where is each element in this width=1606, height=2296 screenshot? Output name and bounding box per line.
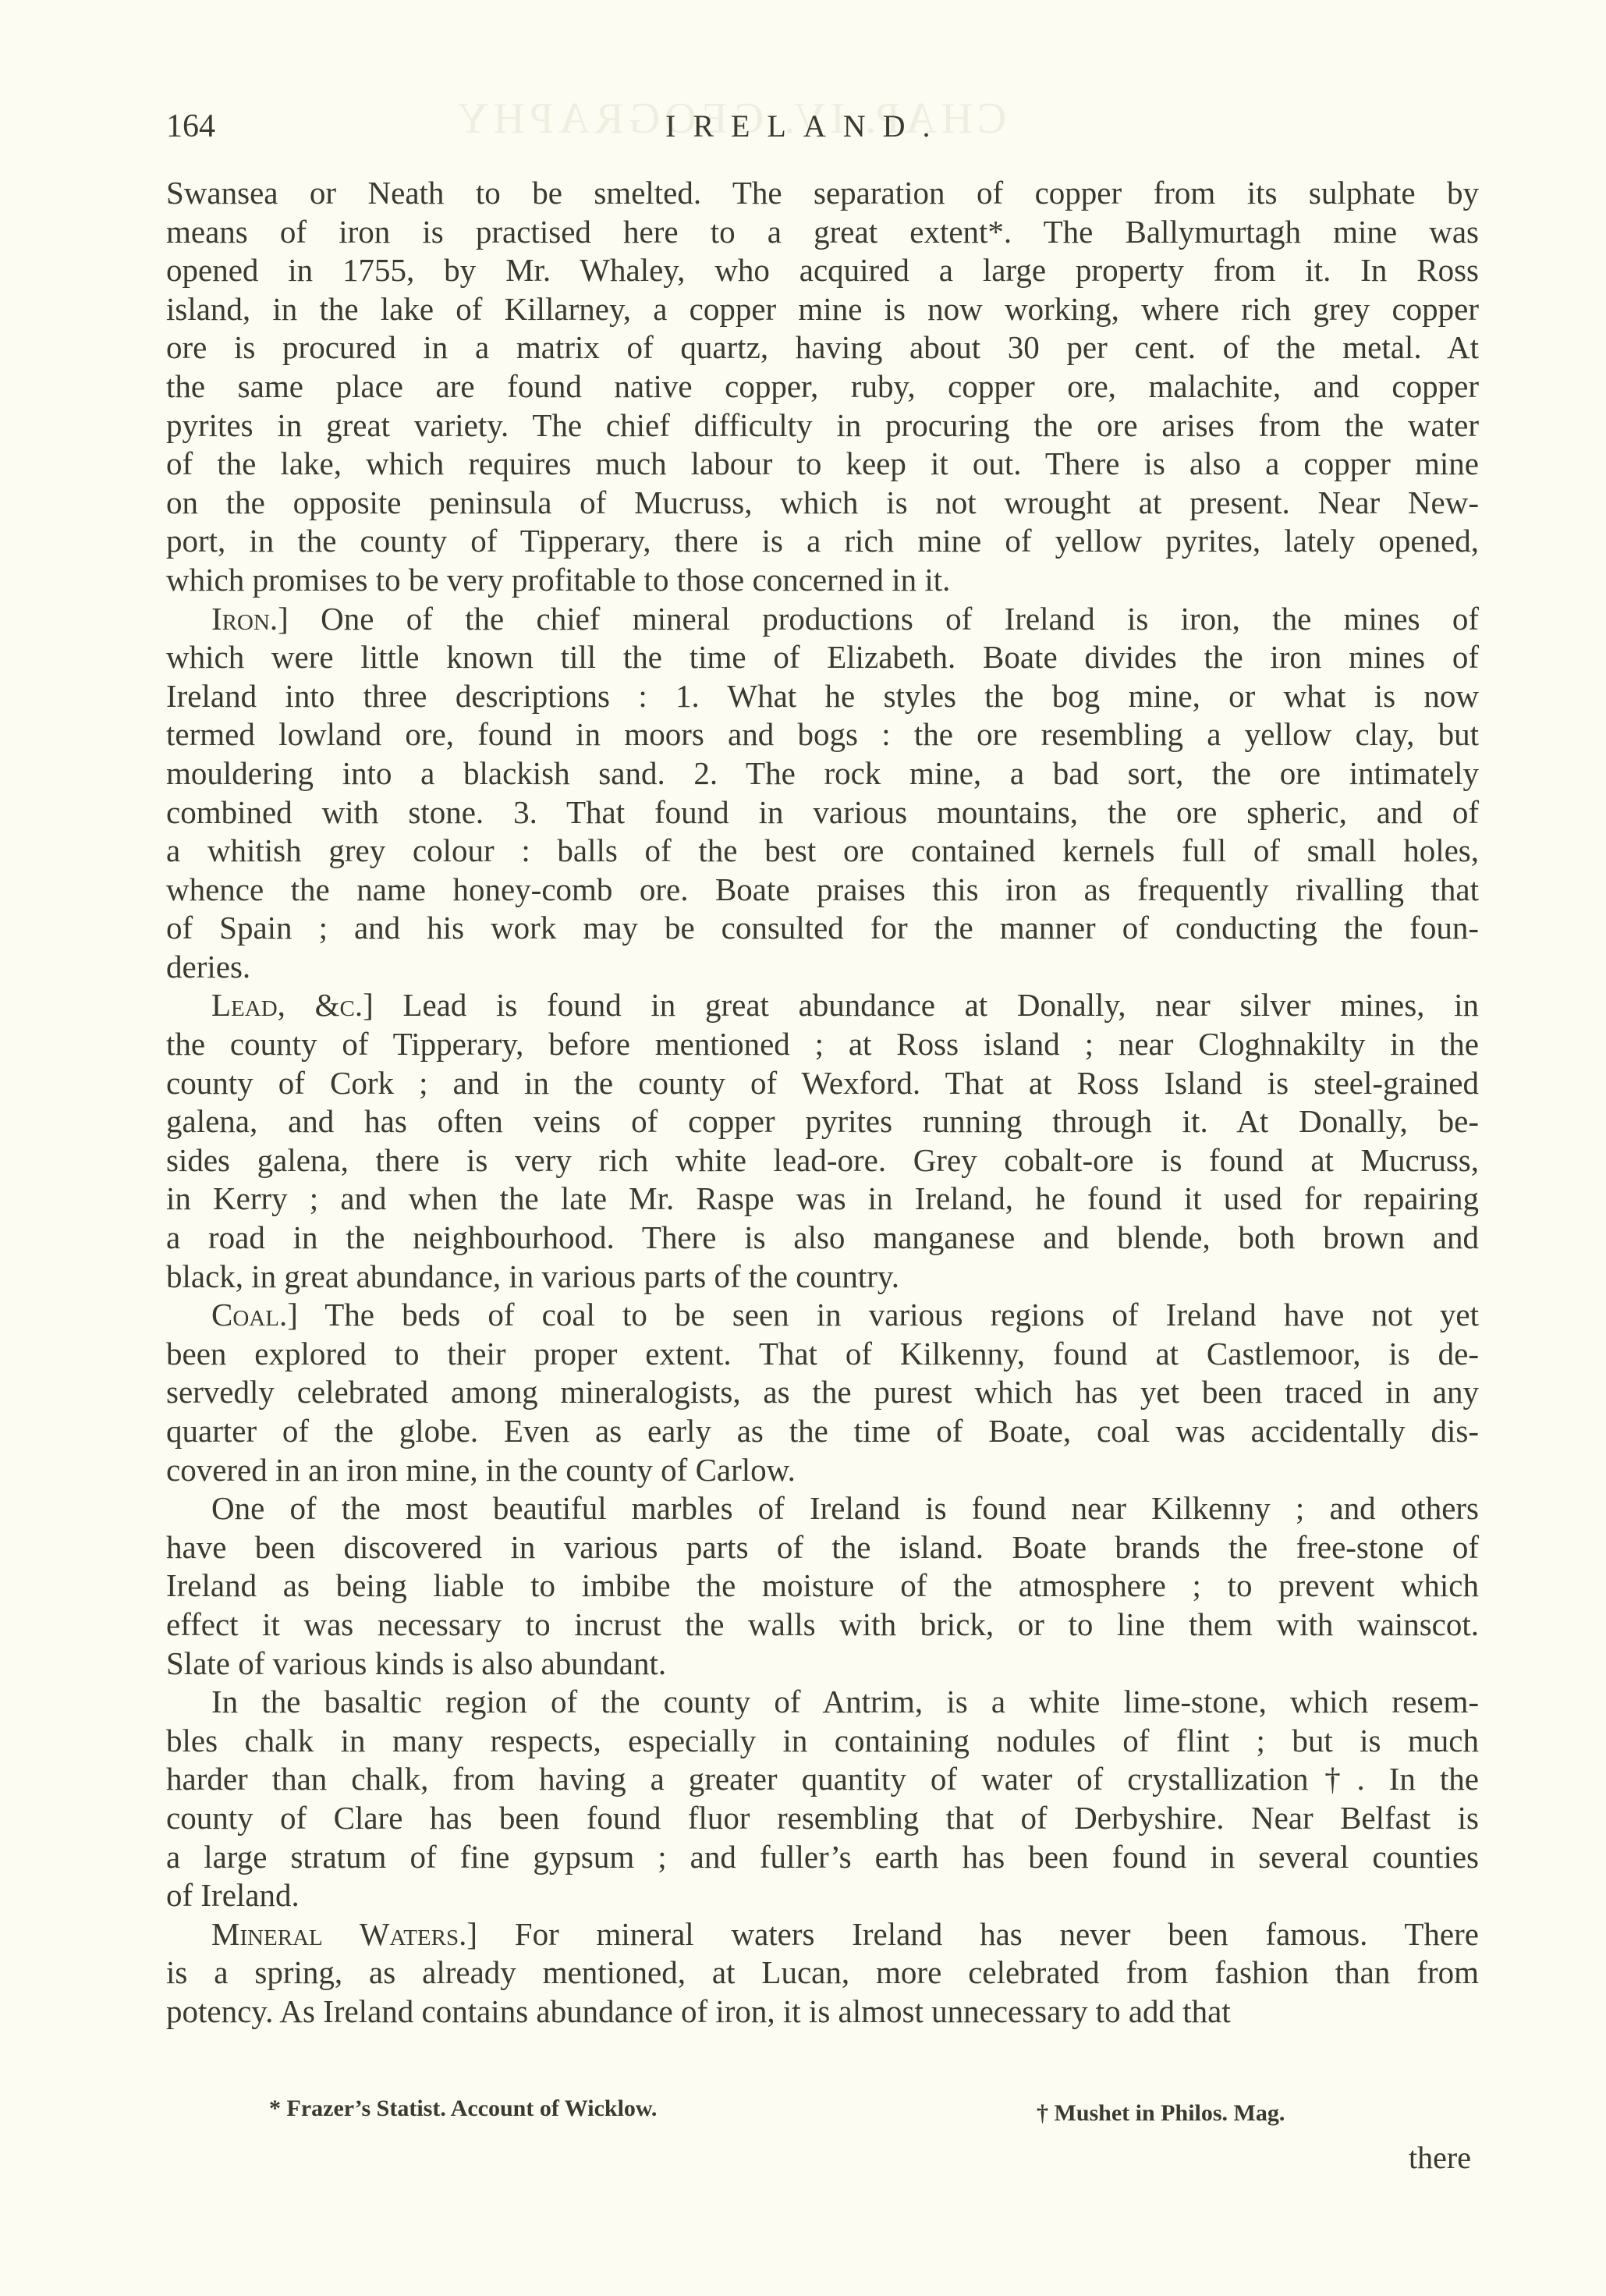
text-line: effect it was necessary to incrust the w… bbox=[166, 1606, 1479, 1645]
line-text: Swansea or Neath to be smelted. The sepa… bbox=[166, 175, 1479, 211]
catchword: there bbox=[1409, 2139, 1471, 2176]
line-text: the same place are found native copper, … bbox=[166, 368, 1479, 404]
line-text: county of Clare has been found fluor res… bbox=[166, 1800, 1479, 1836]
page-number: 164 bbox=[166, 108, 215, 145]
text-line: the same place are found native copper, … bbox=[166, 367, 1479, 406]
line-text: whence the name honey-comb ore. Boate pr… bbox=[166, 871, 1479, 907]
line-text: galena, and has often veins of copper py… bbox=[166, 1103, 1479, 1139]
text-line: whence the name honey-comb ore. Boate pr… bbox=[166, 871, 1479, 910]
line-text: port, in the county of Tipperary, there … bbox=[166, 523, 1479, 559]
line-text: have been discovered in various parts of… bbox=[166, 1529, 1479, 1565]
text-line: servedly celebrated among mineralogists,… bbox=[166, 1373, 1479, 1412]
text-line: Ireland as being liable to imbibe the mo… bbox=[166, 1567, 1479, 1606]
line-text: effect it was necessary to incrust the w… bbox=[166, 1606, 1479, 1642]
section-heading: Mineral Waters.] bbox=[211, 1916, 477, 1952]
line-text: For mineral waters Ireland has never bee… bbox=[477, 1916, 1479, 1952]
body-text: Swansea or Neath to be smelted. The sepa… bbox=[166, 174, 1479, 2032]
line-text: opened in 1755, by Mr. Whaley, who acqui… bbox=[166, 252, 1479, 288]
line-text: Lead is found in great abundance at Dona… bbox=[374, 987, 1479, 1023]
text-line: Swansea or Neath to be smelted. The sepa… bbox=[166, 174, 1479, 213]
text-line: In the basaltic region of the county of … bbox=[166, 1683, 1479, 1722]
line-text: island, in the lake of Killarney, a copp… bbox=[166, 291, 1479, 327]
text-line: termed lowland ore, found in moors and b… bbox=[166, 715, 1479, 754]
line-text: is a spring, as already mentioned, at Lu… bbox=[166, 1954, 1479, 1990]
line-text: sides galena, there is very rich white l… bbox=[166, 1142, 1479, 1178]
line-text: harder than chalk, from having a greater… bbox=[166, 1761, 1479, 1797]
text-line: bles chalk in many respects, especially … bbox=[166, 1722, 1479, 1761]
text-line: Iron.] One of the chief mineral producti… bbox=[166, 600, 1479, 639]
line-text: servedly celebrated among mineralogists,… bbox=[166, 1374, 1479, 1410]
text-line: Slate of various kinds is also abundant. bbox=[166, 1645, 1479, 1684]
text-line: ore is procured in a matrix of quartz, h… bbox=[166, 328, 1479, 367]
text-line: combined with stone. 3. That found in va… bbox=[166, 793, 1479, 832]
line-text: Slate of various kinds is also abundant. bbox=[166, 1645, 666, 1681]
text-line: which were little known till the time of… bbox=[166, 638, 1479, 677]
text-line: quarter of the globe. Even as early as t… bbox=[166, 1412, 1479, 1451]
line-text: of the lake, which requires much labour … bbox=[166, 445, 1479, 481]
section-heading: Lead, &c.] bbox=[211, 987, 374, 1023]
line-text: One of the chief mineral productions of … bbox=[289, 601, 1479, 637]
section-heading: Iron.] bbox=[211, 601, 289, 637]
text-line: opened in 1755, by Mr. Whaley, who acqui… bbox=[166, 251, 1479, 290]
footnote-asterisk: * Frazer’s Statist. Account of Wicklow. bbox=[269, 2095, 657, 2122]
line-text: of Spain ; and his work may be consulted… bbox=[166, 910, 1479, 946]
line-text: Ireland into three descriptions : 1. Wha… bbox=[166, 678, 1479, 714]
text-line: on the opposite peninsula of Mucruss, wh… bbox=[166, 484, 1479, 523]
text-line: potency. As Ireland contains abundance o… bbox=[166, 1993, 1479, 2032]
text-line: which promises to be very profitable to … bbox=[166, 561, 1479, 600]
line-text: termed lowland ore, found in moors and b… bbox=[166, 716, 1479, 752]
text-line: of the lake, which requires much labour … bbox=[166, 445, 1479, 484]
line-text: which promises to be very profitable to … bbox=[166, 562, 950, 598]
text-line: mouldering into a blackish sand. 2. The … bbox=[166, 754, 1479, 793]
text-line: Lead, &c.] Lead is found in great abunda… bbox=[166, 986, 1479, 1025]
text-line: a whitish grey colour : balls of the bes… bbox=[166, 832, 1479, 871]
text-line: of Ireland. bbox=[166, 1876, 1479, 1915]
text-line: covered in an iron mine, in the county o… bbox=[166, 1451, 1479, 1490]
line-text: in Kerry ; and when the late Mr. Raspe w… bbox=[166, 1180, 1479, 1216]
text-line: been explored to their proper extent. Th… bbox=[166, 1335, 1479, 1374]
text-line: of Spain ; and his work may be consulted… bbox=[166, 909, 1479, 948]
line-text: ore is procured in a matrix of quartz, h… bbox=[166, 329, 1479, 365]
text-line: sides galena, there is very rich white l… bbox=[166, 1141, 1479, 1180]
line-text: In the basaltic region of the county of … bbox=[211, 1684, 1479, 1719]
line-text: Ireland as being liable to imbibe the mo… bbox=[166, 1567, 1479, 1603]
text-line: a large stratum of fine gypsum ; and ful… bbox=[166, 1838, 1479, 1877]
line-text: mouldering into a blackish sand. 2. The … bbox=[166, 755, 1479, 791]
line-text: county of Cork ; and in the county of We… bbox=[166, 1065, 1479, 1101]
section-heading: Coal.] bbox=[211, 1297, 298, 1333]
book-page: CHAP. IV. GEOGRAPHY 164 IRELAND. Swansea… bbox=[0, 0, 1606, 2296]
line-text: bles chalk in many respects, especially … bbox=[166, 1723, 1479, 1758]
line-text: pyrites in great variety. The chief diff… bbox=[166, 407, 1479, 443]
line-text: covered in an iron mine, in the county o… bbox=[166, 1452, 796, 1488]
line-text: of Ireland. bbox=[166, 1877, 300, 1913]
text-line: the county of Tipperary, before mentione… bbox=[166, 1025, 1479, 1064]
text-line: island, in the lake of Killarney, a copp… bbox=[166, 290, 1479, 329]
line-text: The beds of coal to be seen in various r… bbox=[298, 1297, 1479, 1333]
text-line: One of the most beautiful marbles of Ire… bbox=[166, 1489, 1479, 1528]
text-line: deries. bbox=[166, 948, 1479, 987]
running-head: 164 IRELAND. bbox=[166, 108, 1492, 154]
text-line: Ireland into three descriptions : 1. Wha… bbox=[166, 677, 1479, 716]
line-text: black, in great abundance, in various pa… bbox=[166, 1258, 899, 1294]
text-line: galena, and has often veins of copper py… bbox=[166, 1102, 1479, 1141]
text-line: pyrites in great variety. The chief diff… bbox=[166, 406, 1479, 445]
line-text: the county of Tipperary, before mentione… bbox=[166, 1026, 1479, 1062]
footnotes: * Frazer’s Statist. Account of Wicklow. … bbox=[166, 2095, 1492, 2135]
line-text: a road in the neighbourhood. There is al… bbox=[166, 1219, 1479, 1255]
line-text: deries. bbox=[166, 949, 250, 985]
line-text: quarter of the globe. Even as early as t… bbox=[166, 1413, 1479, 1449]
text-line: black, in great abundance, in various pa… bbox=[166, 1258, 1479, 1297]
line-text: One of the most beautiful marbles of Ire… bbox=[211, 1490, 1479, 1526]
text-line: have been discovered in various parts of… bbox=[166, 1528, 1479, 1567]
line-text: potency. As Ireland contains abundance o… bbox=[166, 1993, 1231, 2029]
text-line: harder than chalk, from having a greater… bbox=[166, 1760, 1479, 1799]
line-text: on the opposite peninsula of Mucruss, wh… bbox=[166, 484, 1479, 520]
line-text: a whitish grey colour : balls of the bes… bbox=[166, 832, 1479, 868]
text-line: county of Clare has been found fluor res… bbox=[166, 1799, 1479, 1838]
text-line: port, in the county of Tipperary, there … bbox=[166, 522, 1479, 561]
text-line: county of Cork ; and in the county of We… bbox=[166, 1064, 1479, 1103]
text-line: Mineral Waters.] For mineral waters Irel… bbox=[166, 1915, 1479, 1954]
line-text: been explored to their proper extent. Th… bbox=[166, 1336, 1479, 1372]
line-text: which were little known till the time of… bbox=[166, 639, 1479, 675]
text-line: in Kerry ; and when the late Mr. Raspe w… bbox=[166, 1180, 1479, 1219]
text-line: is a spring, as already mentioned, at Lu… bbox=[166, 1954, 1479, 1993]
line-text: combined with stone. 3. That found in va… bbox=[166, 794, 1479, 830]
text-line: means of iron is practised here to a gre… bbox=[166, 213, 1479, 252]
text-line: Coal.] The beds of coal to be seen in va… bbox=[166, 1296, 1479, 1335]
line-text: means of iron is practised here to a gre… bbox=[166, 214, 1479, 250]
line-text: a large stratum of fine gypsum ; and ful… bbox=[166, 1839, 1479, 1875]
text-line: a road in the neighbourhood. There is al… bbox=[166, 1219, 1479, 1258]
running-title: IRELAND. bbox=[665, 108, 948, 144]
footnote-dagger: † Mushet in Philos. Mag. bbox=[1037, 2100, 1285, 2127]
